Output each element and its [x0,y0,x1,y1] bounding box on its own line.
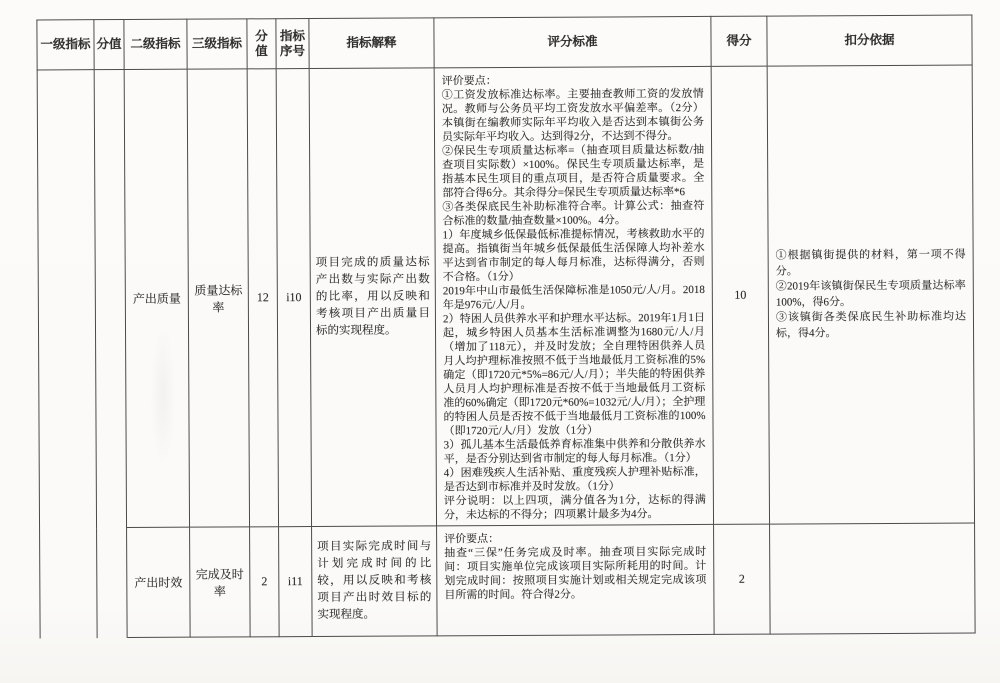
cell-indicator-number: i10 [276,69,311,527]
cell-deduction-basis: ①根据镇街提供的材料，第一项不得分。 ②2019年该镇街保民生专项质量达标率10… [767,65,974,524]
cell-scoring-criteria: 评价要点： 抽查“三保”任务完成及时率。抽查项目实际完成时间：项目实施单位完成该… [437,524,715,635]
performance-evaluation-table: 一级指标 分值 二级指标 三级指标 分值 指标序号 指标解释 评分标准 得分 扣… [36,15,975,639]
header-level2-indicator: 二级指标 [124,19,187,69]
header-indicator-explanation: 指标解释 [309,18,434,69]
table-header-row: 一级指标 分值 二级指标 三级指标 分值 指标序号 指标解释 评分标准 得分 扣… [37,15,972,70]
cell-level2-indicator: 产出时效 [127,527,191,637]
cell-scoring-criteria: 评价要点： ①工资发放标准达标率。主要抽查教师工资的发放情况。教师与公务员平均工… [434,66,713,525]
header-scoring-criteria: 评分标准 [434,16,711,67]
cell-deduction-basis [770,523,976,634]
cell-level3-indicator: 质量达标率 [187,69,249,527]
header-score: 得分 [711,16,767,66]
cell-level1-indicator [37,70,97,638]
cell-points: 2 [250,527,280,637]
cell-level3-indicator: 完成及时率 [190,527,251,637]
cell-level1-points [94,69,127,637]
cell-level2-indicator: 产出质量 [124,69,189,527]
cell-indicator-explanation: 项目实际完成时间与计划完成时间的比较，用以反映和考核项目产出时效目标的实现程度。 [312,526,438,637]
cell-score: 10 [711,66,769,524]
header-level3-indicator: 三级指标 [187,19,247,69]
table-row-output-timeliness: 产出时效 完成及时率 2 i11 项目实际完成时间与计划完成时间的比较，用以反映… [40,523,976,638]
table-row-output-quality: 产出质量 质量达标率 12 i10 项目完成的质量达标产出数与实际产出数的比率，… [37,65,974,528]
evaluation-table-container: 一级指标 分值 二级指标 三级指标 分值 指标序号 指标解释 评分标准 得分 扣… [36,15,975,639]
cell-indicator-number: i11 [279,527,313,637]
header-points: 分值 [247,19,276,69]
cell-score: 2 [714,524,771,634]
header-deduction-basis: 扣分依据 [767,15,972,66]
header-level1-points: 分值 [94,19,124,69]
cell-indicator-explanation: 项目完成的质量达标产出数与实际产出数的比率，用以反映和考核项目产出质量目标的实现… [309,68,436,527]
scanned-document-page: 一级指标 分值 二级指标 三级指标 分值 指标序号 指标解释 评分标准 得分 扣… [0,0,1000,683]
header-level1-indicator: 一级指标 [37,20,94,70]
header-indicator-number: 指标序号 [276,19,309,69]
cell-points: 12 [247,69,278,527]
